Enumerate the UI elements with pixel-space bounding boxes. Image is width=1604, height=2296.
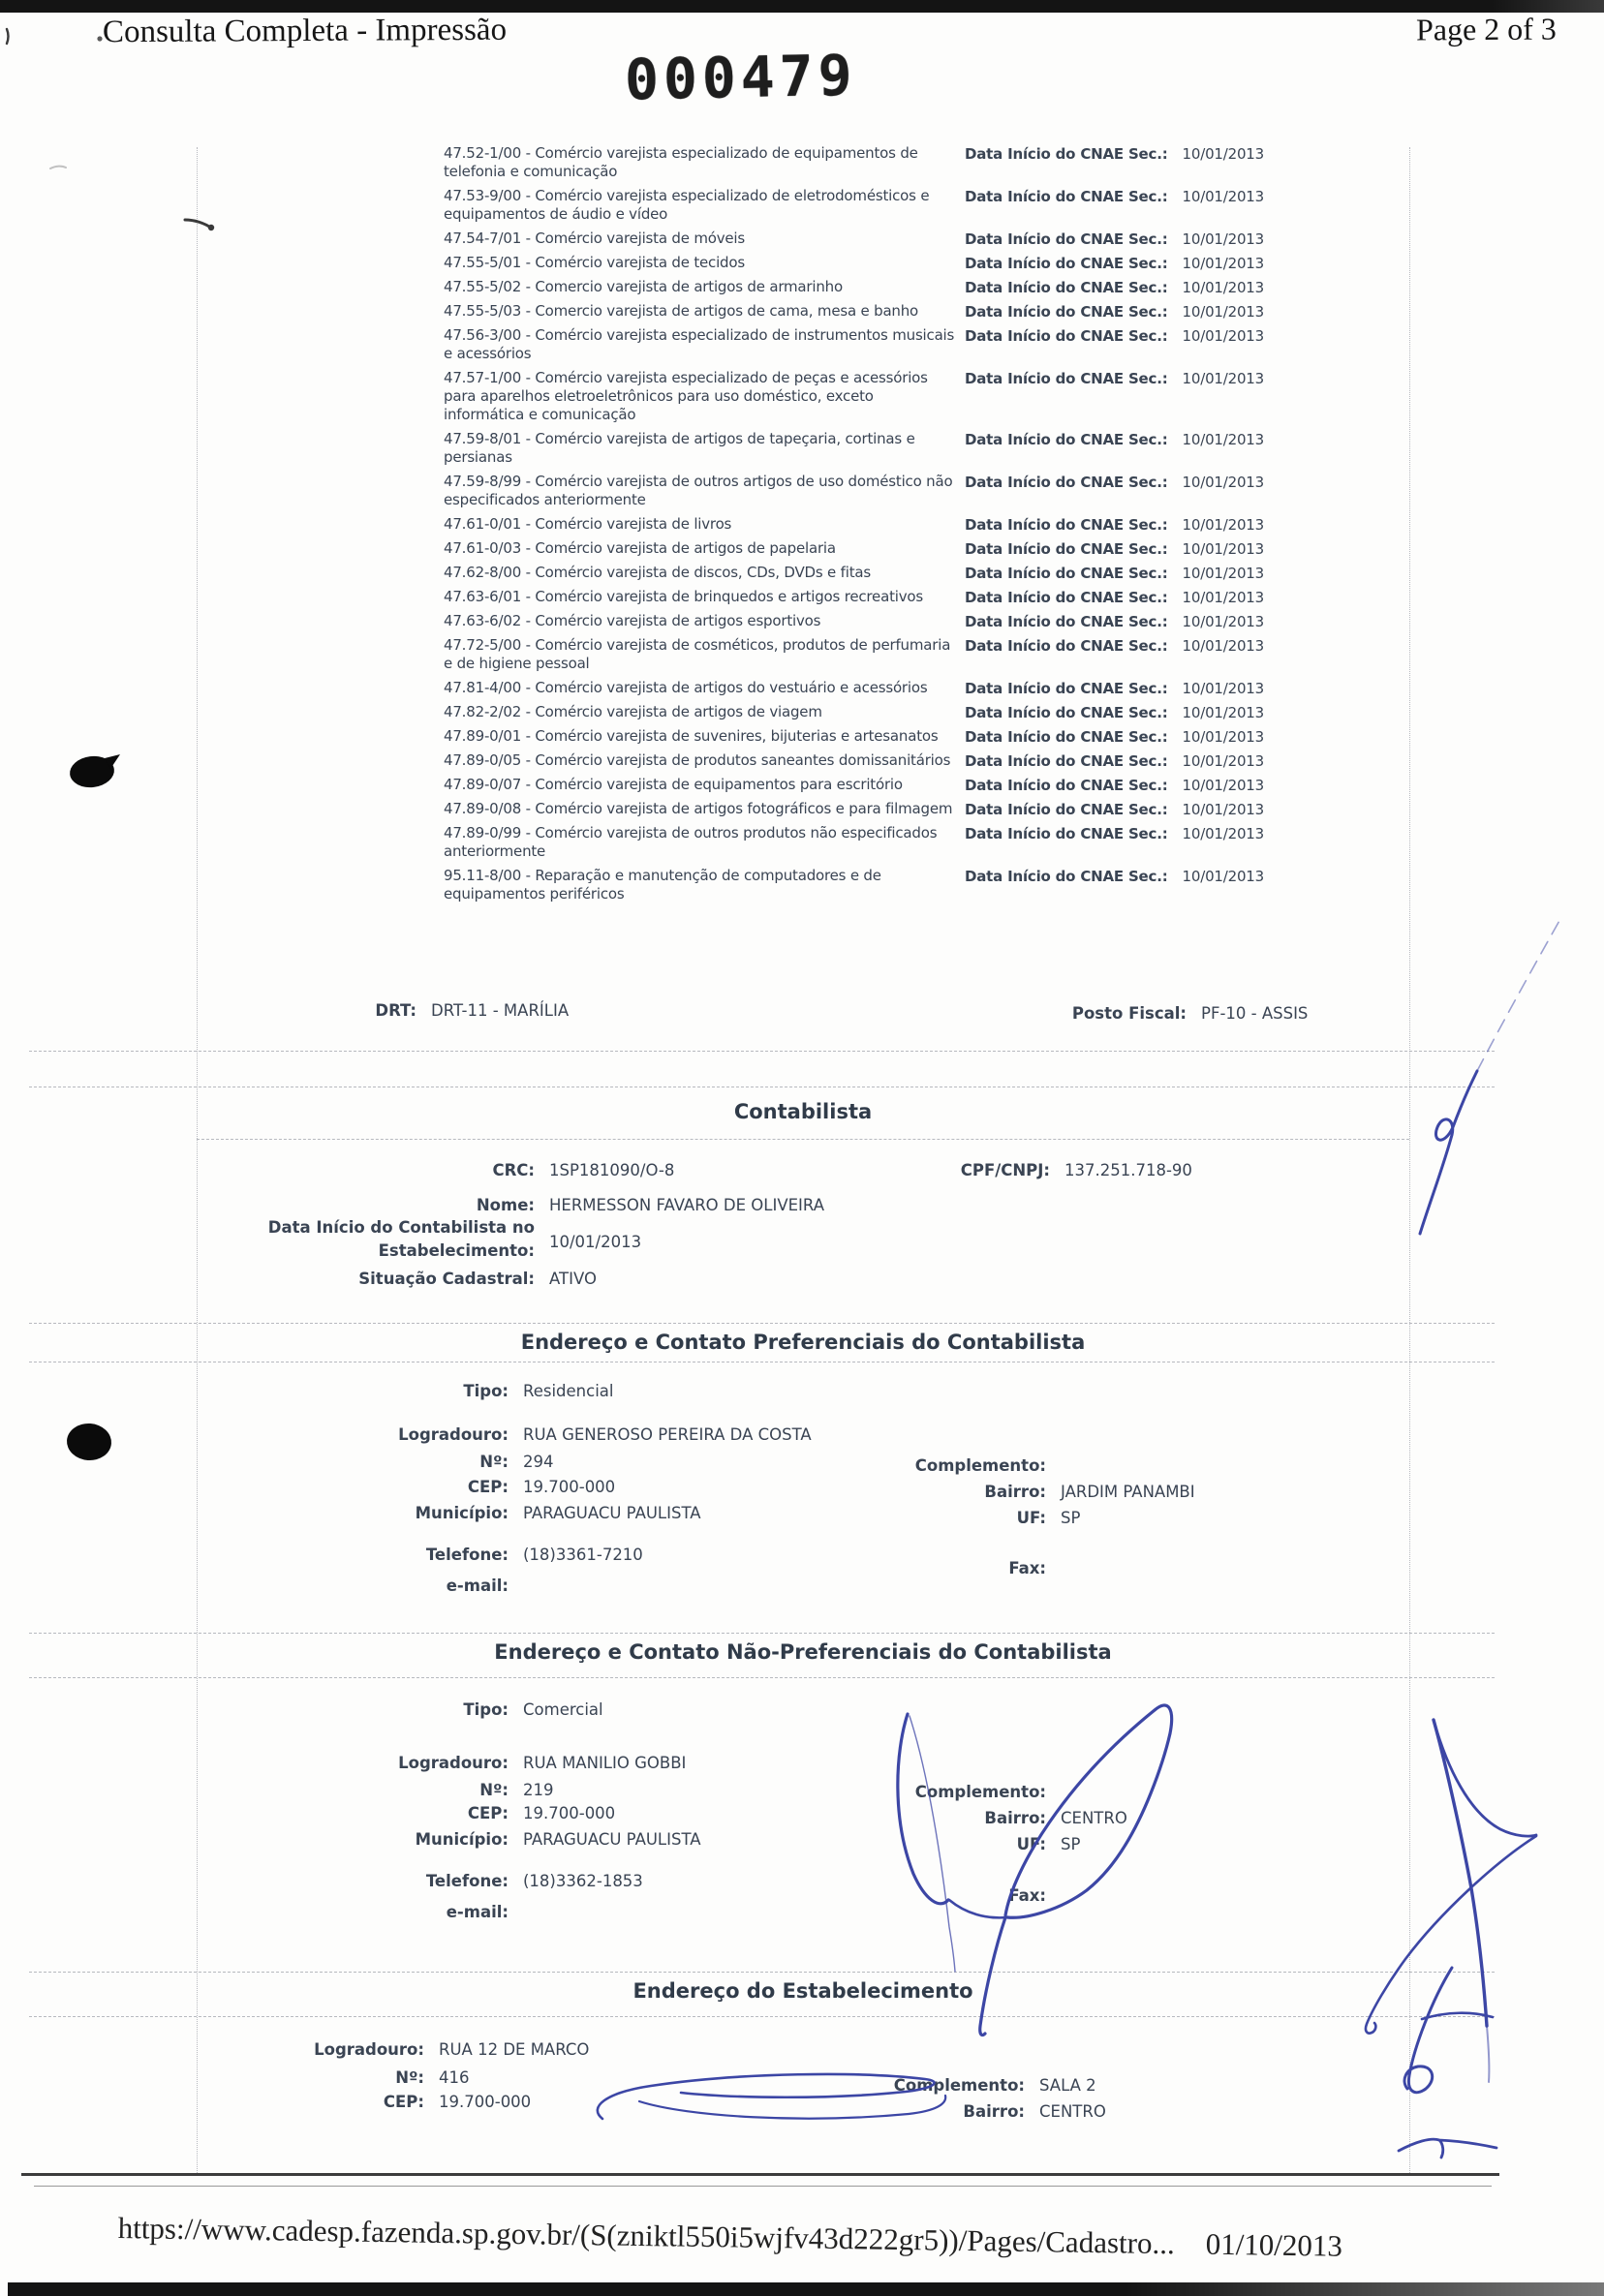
cnae-row: 47.89-0/08 - Comércio varejista de artig… [444, 800, 1335, 818]
cnae-row: 47.89-0/01 - Comércio varejista de suven… [444, 727, 1335, 746]
cnae-start-date: Data Início do CNAE Sec.:10/01/2013 [965, 474, 1264, 492]
field-pref-bairro: Bairro:JARDIM PANAMBI [726, 1482, 1195, 1502]
cnae-date-label: Data Início do CNAE Sec.: [965, 327, 1168, 345]
cnae-date-label: Data Início do CNAE Sec.: [965, 255, 1168, 272]
field-nome: Nome:HERMESSON FAVARO DE OLIVEIRA [215, 1195, 824, 1215]
cnae-row: 47.89-0/07 - Comércio varejista de equip… [444, 776, 1335, 794]
cnae-date-label: Data Início do CNAE Sec.: [965, 613, 1168, 630]
cnae-date-label: Data Início do CNAE Sec.: [965, 868, 1168, 885]
cnae-row: 47.55-5/02 - Comercio varejista de artig… [444, 278, 1335, 296]
cnae-row: 47.61-0/01 - Comércio varejista de livro… [444, 515, 1335, 534]
field-npref-municipio: Município:PARAGUACU PAULISTA [189, 1829, 701, 1850]
cnae-description: 47.63-6/01 - Comércio varejista de brinq… [444, 588, 957, 606]
footer: https://www.cadesp.fazenda.sp.gov.br/(S(… [117, 2211, 1570, 2267]
cnae-description: 47.63-6/02 - Comércio varejista de artig… [444, 612, 957, 630]
pen-stroke-signature-diagonal-tail [1487, 2026, 1489, 2082]
field-pref-municipio-label: Município: [189, 1503, 509, 1523]
cnae-date-value: 10/01/2013 [1183, 540, 1264, 558]
cnae-date-label: Data Início do CNAE Sec.: [965, 728, 1168, 746]
cnae-start-date: Data Início do CNAE Sec.:10/01/2013 [965, 704, 1264, 722]
field-npref-cep-value: 19.700-000 [523, 1803, 615, 1823]
field-estab-numero-value: 416 [439, 2067, 470, 2088]
cnae-date-label: Data Início do CNAE Sec.: [965, 431, 1168, 448]
tick-dash-blob [208, 225, 214, 230]
field-cpf-cnpj-value: 137.251.718-90 [1064, 1160, 1192, 1180]
cnae-row: 47.59-8/99 - Comércio varejista de outro… [444, 473, 1335, 509]
cnae-description: 47.72-5/00 - Comércio varejista de cosmé… [444, 636, 957, 673]
field-npref-tipo: Tipo:Comercial [189, 1699, 603, 1720]
cnae-start-date: Data Início do CNAE Sec.:10/01/2013 [965, 752, 1264, 771]
cnae-start-date: Data Início do CNAE Sec.:10/01/2013 [965, 637, 1264, 656]
pen-stroke-signature-arrow [1399, 2139, 1496, 2158]
cnae-date-label: Data Início do CNAE Sec.: [965, 370, 1168, 387]
cnae-date-label: Data Início do CNAE Sec.: [965, 516, 1168, 534]
field-pref-telefone: Telefone:(18)3361-7210 [189, 1545, 643, 1565]
field-npref-fax-label: Fax: [726, 1885, 1046, 1906]
cnae-start-date: Data Início do CNAE Sec.:10/01/2013 [965, 777, 1264, 795]
field-npref-bairro-label: Bairro: [726, 1808, 1046, 1828]
pen-stroke-v-tail [980, 1917, 1005, 2036]
cnae-description: 47.59-8/01 - Comércio varejista de artig… [444, 430, 957, 467]
cnae-row: 47.56-3/00 - Comércio varejista especial… [444, 326, 1335, 363]
field-data-inicio-value-wrap: 10/01/2013 [549, 1232, 641, 1252]
cnae-row: 47.55-5/01 - Comércio varejista de tecid… [444, 254, 1335, 272]
field-cpf-cnpj: CPF/CNPJ:137.251.718-90 [730, 1160, 1192, 1180]
cnae-start-date: Data Início do CNAE Sec.:10/01/2013 [965, 825, 1264, 843]
cnae-date-value: 10/01/2013 [1183, 370, 1264, 387]
pen-stroke-signature-sweep [1366, 1836, 1536, 2034]
field-pref-fax: Fax: [726, 1558, 1061, 1578]
field-data-inicio-label: Data Início do Contabilista no Estabelec… [256, 1216, 535, 1263]
cnae-description: 47.55-5/03 - Comercio varejista de artig… [444, 302, 957, 321]
divider-line [197, 1139, 1409, 1140]
cnae-description: 47.89-0/07 - Comércio varejista de equip… [444, 776, 957, 794]
field-estab-logradouro-label: Logradouro: [105, 2039, 424, 2060]
cnae-date-value: 10/01/2013 [1183, 431, 1264, 448]
divider-line [29, 1087, 1495, 1087]
cnae-start-date: Data Início do CNAE Sec.:10/01/2013 [965, 868, 1264, 886]
divider-line [29, 1323, 1495, 1324]
cnae-date-label: Data Início do CNAE Sec.: [965, 637, 1168, 655]
field-pref-fax-label: Fax: [726, 1558, 1046, 1578]
field-pref-logradouro-label: Logradouro: [189, 1424, 509, 1445]
field-estab-bairro-label: Bairro: [705, 2101, 1025, 2122]
cnae-row: 47.89-0/99 - Comércio varejista de outro… [444, 824, 1335, 861]
cnae-row: 47.82-2/02 - Comércio varejista de artig… [444, 703, 1335, 721]
field-npref-telefone-value: (18)3362-1853 [523, 1871, 643, 1891]
tick-dot [97, 36, 102, 41]
divider-line [29, 1677, 1495, 1678]
tick-faint [50, 167, 66, 168]
field-pref-numero: Nº:294 [189, 1452, 554, 1472]
field-situacao-cadastral: Situação Cadastral:ATIVO [215, 1269, 597, 1289]
pen-stroke-diagonal-faint [1477, 919, 1560, 1071]
cnae-row: 47.63-6/01 - Comércio varejista de brinq… [444, 588, 1335, 606]
cnae-date-label: Data Início do CNAE Sec.: [965, 540, 1168, 558]
cnae-start-date: Data Início do CNAE Sec.:10/01/2013 [965, 370, 1264, 388]
cnae-date-value: 10/01/2013 [1183, 327, 1264, 345]
cnae-description: 47.89-0/05 - Comércio varejista de produ… [444, 751, 957, 770]
field-npref-telefone: Telefone:(18)3362-1853 [189, 1871, 643, 1891]
cnae-description: 47.61-0/01 - Comércio varejista de livro… [444, 515, 957, 534]
field-pref-complemento-label: Complemento: [726, 1455, 1046, 1476]
field-drt-label: DRT: [97, 1000, 416, 1021]
field-crc-label: CRC: [215, 1160, 535, 1180]
cnae-start-date: Data Início do CNAE Sec.:10/01/2013 [965, 303, 1264, 321]
field-npref-complemento-label: Complemento: [726, 1782, 1046, 1802]
field-npref-logradouro-value: RUA MANILIO GOBBI [523, 1753, 686, 1773]
cnae-date-value: 10/01/2013 [1183, 565, 1264, 582]
cnae-description: 47.89-0/99 - Comércio varejista de outro… [444, 824, 957, 861]
field-pref-uf-value: SP [1061, 1508, 1080, 1528]
cnae-start-date: Data Início do CNAE Sec.:10/01/2013 [965, 613, 1264, 631]
cnae-date-value: 10/01/2013 [1183, 255, 1264, 272]
cnae-description: 47.89-0/08 - Comércio varejista de artig… [444, 800, 957, 818]
field-pref-numero-value: 294 [523, 1452, 554, 1472]
cnae-description: 47.53-9/00 - Comércio varejista especial… [444, 187, 957, 224]
field-npref-fax: Fax: [726, 1885, 1061, 1906]
section-title-endereco-estabelecimento: Endereço do Estabelecimento [197, 1979, 1409, 2003]
cnae-date-value: 10/01/2013 [1183, 230, 1264, 248]
stamp-number: 000479 [624, 42, 857, 112]
field-pref-bairro-value: JARDIM PANAMBI [1061, 1482, 1195, 1502]
cnae-date-label: Data Início do CNAE Sec.: [965, 680, 1168, 697]
field-npref-numero-value: 219 [523, 1780, 554, 1800]
field-pref-telefone-label: Telefone: [189, 1545, 509, 1565]
field-pref-tipo: Tipo:Residencial [189, 1381, 614, 1401]
cnae-date-value: 10/01/2013 [1183, 303, 1264, 321]
field-npref-cep-label: CEP: [189, 1803, 509, 1823]
cnae-start-date: Data Início do CNAE Sec.:10/01/2013 [965, 801, 1264, 819]
cnae-date-label: Data Início do CNAE Sec.: [965, 230, 1168, 248]
cnae-date-value: 10/01/2013 [1183, 801, 1264, 818]
cnae-date-label: Data Início do CNAE Sec.: [965, 589, 1168, 606]
cnae-start-date: Data Início do CNAE Sec.:10/01/2013 [965, 728, 1264, 747]
cnae-description: 47.56-3/00 - Comércio varejista especial… [444, 326, 957, 363]
footer-url: https://www.cadesp.fazenda.sp.gov.br/(S(… [117, 2211, 1175, 2260]
cnae-date-label: Data Início do CNAE Sec.: [965, 279, 1168, 296]
cnae-start-date: Data Início do CNAE Sec.:10/01/2013 [965, 230, 1264, 249]
cnae-start-date: Data Início do CNAE Sec.:10/01/2013 [965, 540, 1264, 559]
field-pref-cep-label: CEP: [189, 1477, 509, 1497]
field-npref-complemento: Complemento: [726, 1782, 1061, 1802]
field-posto-fiscal-label: Posto Fiscal: [867, 1003, 1187, 1024]
cnae-description: 47.82-2/02 - Comércio varejista de artig… [444, 703, 957, 721]
cnae-date-label: Data Início do CNAE Sec.: [965, 752, 1168, 770]
cnae-row: 47.81-4/00 - Comércio varejista de artig… [444, 679, 1335, 697]
field-npref-municipio-value: PARAGUACU PAULISTA [523, 1829, 701, 1850]
field-pref-tipo-value: Residencial [523, 1381, 614, 1401]
field-pref-telefone-value: (18)3361-7210 [523, 1545, 643, 1565]
section-title-contabilista: Contabilista [197, 1100, 1409, 1123]
cnae-row: 47.89-0/05 - Comércio varejista de produ… [444, 751, 1335, 770]
divider-line [29, 1972, 1495, 1973]
cnae-date-value: 10/01/2013 [1183, 825, 1264, 842]
cnae-date-value: 10/01/2013 [1183, 637, 1264, 655]
field-estab-bairro-value: CENTRO [1039, 2101, 1106, 2122]
field-estab-complemento: Complemento:SALA 2 [705, 2075, 1096, 2096]
field-npref-uf: UF:SP [726, 1834, 1080, 1854]
divider-line [29, 1633, 1495, 1634]
tick-dash [185, 220, 212, 229]
cnae-description: 47.55-5/02 - Comercio varejista de artig… [444, 278, 957, 296]
field-estab-complemento-label: Complemento: [705, 2075, 1025, 2096]
field-npref-telefone-label: Telefone: [189, 1871, 509, 1891]
divider-line [29, 1051, 1495, 1052]
cnae-date-value: 10/01/2013 [1183, 777, 1264, 794]
cnae-date-label: Data Início do CNAE Sec.: [965, 565, 1168, 582]
tick-apostrophe [7, 29, 9, 44]
box-border-left [197, 147, 198, 2173]
divider-line [29, 2016, 1495, 2017]
field-npref-email: e-mail: [189, 1902, 523, 1922]
field-crc: CRC:1SP181090/O-8 [215, 1160, 674, 1180]
field-npref-uf-value: SP [1061, 1834, 1080, 1854]
document-bottom-line-2 [34, 2186, 1492, 2187]
page-title: Consulta Completa - Impressão [103, 13, 507, 51]
field-estab-numero: Nº:416 [105, 2067, 470, 2088]
field-estab-complemento-value: SALA 2 [1039, 2075, 1096, 2096]
cnae-date-value: 10/01/2013 [1183, 145, 1264, 163]
document-bottom-line [21, 2173, 1499, 2176]
cnae-description: 47.61-0/03 - Comércio varejista de artig… [444, 539, 957, 558]
field-pref-uf: UF:SP [726, 1508, 1080, 1528]
cnae-date-label: Data Início do CNAE Sec.: [965, 777, 1168, 794]
field-estab-bairro: Bairro:CENTRO [705, 2101, 1106, 2122]
field-nome-label: Nome: [215, 1195, 535, 1215]
cnae-date-label: Data Início do CNAE Sec.: [965, 704, 1168, 721]
cnae-row: 47.57-1/00 - Comércio varejista especial… [444, 369, 1335, 424]
cnae-start-date: Data Início do CNAE Sec.:10/01/2013 [965, 565, 1264, 583]
cnae-description: 47.89-0/01 - Comércio varejista de suven… [444, 727, 957, 746]
cnae-start-date: Data Início do CNAE Sec.:10/01/2013 [965, 680, 1264, 698]
footer-date: 01/10/2013 [1205, 2227, 1342, 2263]
cnae-date-value: 10/01/2013 [1183, 613, 1264, 630]
cnae-description: 47.52-1/00 - Comércio varejista especial… [444, 144, 957, 181]
cnae-row: 95.11-8/00 - Reparação e manutenção de c… [444, 867, 1335, 903]
field-pref-municipio: Município:PARAGUACU PAULISTA [189, 1503, 701, 1523]
divider-line [29, 1362, 1495, 1362]
field-nome-value: HERMESSON FAVARO DE OLIVEIRA [549, 1195, 824, 1215]
cnae-start-date: Data Início do CNAE Sec.:10/01/2013 [965, 255, 1264, 273]
field-pref-complemento: Complemento: [726, 1455, 1061, 1476]
cnae-date-label: Data Início do CNAE Sec.: [965, 801, 1168, 818]
field-npref-cep: CEP:19.700-000 [189, 1803, 615, 1823]
cnae-description: 47.59-8/99 - Comércio varejista de outro… [444, 473, 957, 509]
field-pref-cep: CEP:19.700-000 [189, 1477, 615, 1497]
cnae-description: 47.54-7/01 - Comércio varejista de móvei… [444, 230, 957, 248]
cnae-secondary-list: 47.52-1/00 - Comércio varejista especial… [444, 144, 1335, 909]
field-estab-logradouro: Logradouro:RUA 12 DE MARCO [105, 2039, 589, 2060]
hole-punch-mark-bottom [66, 1422, 113, 1461]
field-data-inicio-contabilista: Data Início do Contabilista no Estabelec… [256, 1216, 535, 1263]
scan-edge-bar-top [0, 0, 1604, 13]
cnae-date-value: 10/01/2013 [1183, 474, 1264, 491]
cnae-start-date: Data Início do CNAE Sec.:10/01/2013 [965, 516, 1264, 535]
field-npref-bairro-value: CENTRO [1061, 1808, 1127, 1828]
cnae-description: 47.62-8/00 - Comércio varejista de disco… [444, 564, 957, 582]
cnae-start-date: Data Início do CNAE Sec.:10/01/2013 [965, 431, 1264, 449]
cnae-row: 47.63-6/02 - Comércio varejista de artig… [444, 612, 1335, 630]
cnae-date-value: 10/01/2013 [1183, 279, 1264, 296]
field-crc-value: 1SP181090/O-8 [549, 1160, 674, 1180]
field-npref-uf-label: UF: [726, 1834, 1046, 1854]
field-cpf-cnpj-label: CPF/CNPJ: [730, 1160, 1050, 1180]
box-border-right [1409, 147, 1410, 2173]
cnae-date-label: Data Início do CNAE Sec.: [965, 474, 1168, 491]
field-drt: DRT:DRT-11 - MARÍLIA [97, 1000, 569, 1021]
field-situacao-value: ATIVO [549, 1269, 597, 1289]
cnae-date-value: 10/01/2013 [1183, 752, 1264, 770]
field-estab-numero-label: Nº: [105, 2067, 424, 2088]
field-estab-cep-label: CEP: [105, 2092, 424, 2112]
field-npref-municipio-label: Município: [189, 1829, 509, 1850]
cnae-date-value: 10/01/2013 [1183, 868, 1264, 885]
field-pref-email: e-mail: [189, 1576, 523, 1596]
cnae-date-value: 10/01/2013 [1183, 704, 1264, 721]
cnae-row: 47.52-1/00 - Comércio varejista especial… [444, 144, 1335, 181]
cnae-start-date: Data Início do CNAE Sec.:10/01/2013 [965, 589, 1264, 607]
field-posto-fiscal: Posto Fiscal:PF-10 - ASSIS [867, 1003, 1308, 1024]
field-npref-numero: Nº:219 [189, 1780, 554, 1800]
cnae-date-value: 10/01/2013 [1183, 188, 1264, 205]
field-npref-tipo-value: Comercial [523, 1699, 603, 1720]
small-pen-ticks [7, 29, 214, 230]
cnae-row: 47.59-8/01 - Comércio varejista de artig… [444, 430, 1335, 467]
cnae-description: 47.55-5/01 - Comércio varejista de tecid… [444, 254, 957, 272]
cnae-date-value: 10/01/2013 [1183, 589, 1264, 606]
cnae-row: 47.53-9/00 - Comércio varejista especial… [444, 187, 1335, 224]
field-posto-fiscal-value: PF-10 - ASSIS [1201, 1003, 1308, 1024]
cnae-date-label: Data Início do CNAE Sec.: [965, 825, 1168, 842]
cnae-date-value: 10/01/2013 [1183, 516, 1264, 534]
field-drt-value: DRT-11 - MARÍLIA [431, 1000, 569, 1021]
hole-punch-mark-top [68, 753, 116, 789]
section-title-endereco-preferencial: Endereço e Contato Preferenciais do Cont… [197, 1331, 1409, 1354]
field-pref-logradouro: Logradouro:RUA GENEROSO PEREIRA DA COSTA [189, 1424, 812, 1445]
pen-stroke-signature-dollar [1404, 1968, 1452, 2093]
scanned-document-page: Consulta Completa - Impressão Page 2 of … [0, 0, 1604, 2296]
section-title-endereco-nao-preferencial: Endereço e Contato Não-Preferenciais do … [197, 1640, 1409, 1664]
field-npref-email-label: e-mail: [189, 1902, 509, 1922]
cnae-start-date: Data Início do CNAE Sec.:10/01/2013 [965, 188, 1264, 206]
field-pref-tipo-label: Tipo: [189, 1381, 509, 1401]
page-number-indicator: Page 2 of 3 [1416, 12, 1557, 48]
field-pref-bairro-label: Bairro: [726, 1482, 1046, 1502]
field-estab-cep: CEP:19.700-000 [105, 2092, 531, 2112]
field-pref-municipio-value: PARAGUACU PAULISTA [523, 1503, 701, 1523]
cnae-date-label: Data Início do CNAE Sec.: [965, 145, 1168, 163]
cnae-row: 47.72-5/00 - Comércio varejista de cosmé… [444, 636, 1335, 673]
cnae-date-value: 10/01/2013 [1183, 728, 1264, 746]
cnae-date-label: Data Início do CNAE Sec.: [965, 188, 1168, 205]
cnae-start-date: Data Início do CNAE Sec.:10/01/2013 [965, 145, 1264, 164]
cnae-row: 47.55-5/03 - Comercio varejista de artig… [444, 302, 1335, 321]
field-npref-logradouro-label: Logradouro: [189, 1753, 509, 1773]
pen-stroke-signature-diagonal [1434, 1720, 1487, 2026]
field-estab-cep-value: 19.700-000 [439, 2092, 531, 2112]
field-npref-tipo-label: Tipo: [189, 1699, 509, 1720]
field-npref-bairro: Bairro:CENTRO [726, 1808, 1127, 1828]
field-pref-numero-label: Nº: [189, 1452, 509, 1472]
field-npref-logradouro: Logradouro:RUA MANILIO GOBBI [189, 1753, 686, 1773]
cnae-description: 47.81-4/00 - Comércio varejista de artig… [444, 679, 957, 697]
cnae-start-date: Data Início do CNAE Sec.:10/01/2013 [965, 279, 1264, 297]
field-situacao-label: Situação Cadastral: [215, 1269, 535, 1289]
hole-punch-mark-top-notch [105, 754, 120, 769]
field-estab-logradouro-value: RUA 12 DE MARCO [439, 2039, 589, 2060]
cnae-date-value: 10/01/2013 [1183, 680, 1264, 697]
field-pref-email-label: e-mail: [189, 1576, 509, 1596]
cnae-start-date: Data Início do CNAE Sec.:10/01/2013 [965, 327, 1264, 346]
field-pref-uf-label: UF: [726, 1508, 1046, 1528]
cnae-description: 47.57-1/00 - Comércio varejista especial… [444, 369, 957, 424]
field-pref-logradouro-value: RUA GENEROSO PEREIRA DA COSTA [523, 1424, 812, 1445]
cnae-description: 95.11-8/00 - Reparação e manutenção de c… [444, 867, 957, 903]
field-npref-numero-label: Nº: [189, 1780, 509, 1800]
cnae-row: 47.61-0/03 - Comércio varejista de artig… [444, 539, 1335, 558]
pen-stroke-signature-curl [1434, 1720, 1536, 1836]
scan-edge-bar-bottom [8, 2282, 1604, 2296]
cnae-date-label: Data Início do CNAE Sec.: [965, 303, 1168, 321]
cnae-row: 47.62-8/00 - Comércio varejista de disco… [444, 564, 1335, 582]
cnae-row: 47.54-7/01 - Comércio varejista de móvei… [444, 230, 1335, 248]
field-pref-cep-value: 19.700-000 [523, 1477, 615, 1497]
pen-stroke-diagonal-loop [1420, 1071, 1477, 1234]
field-data-inicio-value: 10/01/2013 [549, 1232, 641, 1252]
